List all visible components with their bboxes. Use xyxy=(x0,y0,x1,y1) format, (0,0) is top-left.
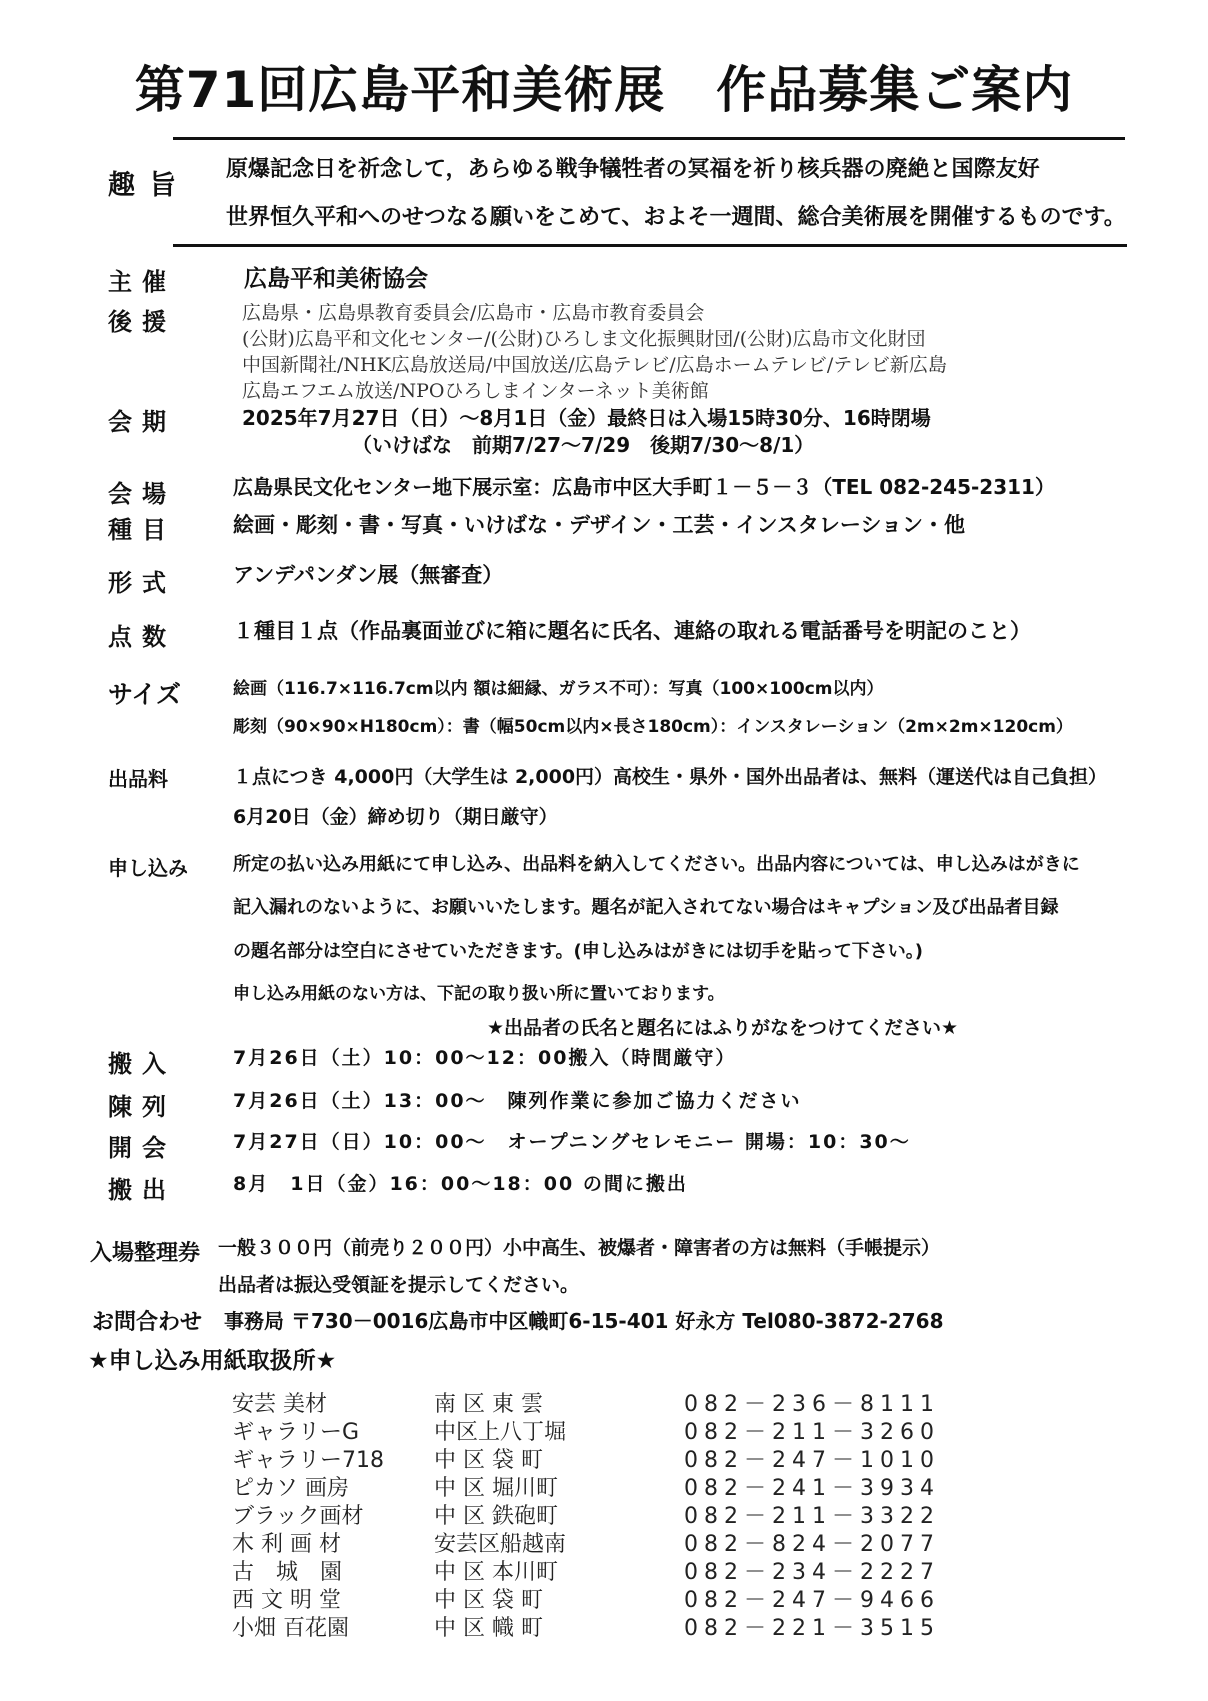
schedule-value-opening: 7月27日（日）10：00～ オープニングセレモニー 開場：10：30～ xyxy=(233,1127,911,1154)
application-label: 申し込み xyxy=(108,852,188,881)
shop-row: 安芸 美材 南 区 東 雲 082－236－8111 xyxy=(232,1387,992,1415)
shop-tel: 082－241－3934 xyxy=(684,1471,940,1502)
furigana-notice: ★出品者の氏名と題名にはふりがなをつけてください★ xyxy=(487,1013,958,1040)
shop-name: 木 利 画 材 xyxy=(232,1527,341,1558)
support-line-2: (公財)広島平和文化センター/(公財)ひろしま文化振興財団/(公財)広島市文化財… xyxy=(242,324,926,351)
schedule-value-pickup: 8月 1日（金）16：00～18：00 の間に搬出 xyxy=(233,1169,688,1196)
shop-row: 木 利 画 材 安芸区船越南 082－824－2077 xyxy=(232,1527,992,1555)
divider-bottom xyxy=(173,244,1127,247)
shop-name: 小畑 百花園 xyxy=(232,1611,349,1642)
period-line-2: （いけばな 前期7/27～7/29 後期7/30～8/1） xyxy=(352,429,814,458)
shop-row: ブラック画材 中 区 鉄砲町 082－211－3322 xyxy=(232,1499,992,1527)
shop-area: 南 区 東 雲 xyxy=(434,1387,543,1418)
divider-top xyxy=(173,137,1125,140)
admission-label: 入場整理券 xyxy=(90,1236,200,1267)
size-line-1: 絵画（116.7×116.7cm以内 額は細縁、ガラス不可）：写真（100×10… xyxy=(233,674,884,699)
schedule-label-delivery: 搬入 xyxy=(108,1044,176,1079)
categories-value: 絵画・彫刻・書・写真・いけばな・デザイン・工芸・インスタレーション・他 xyxy=(233,509,965,539)
shop-name: ギャラリー718 xyxy=(232,1443,384,1474)
shop-area: 中 区 袋 町 xyxy=(434,1583,543,1614)
period-line-1: 2025年7月27日（日）～8月1日（金）最終日は入場15時30分、16時閉場 xyxy=(242,402,931,431)
shop-name: ピカソ 画房 xyxy=(232,1471,349,1502)
organizer-value: 広島平和美術協会 xyxy=(244,260,428,293)
shop-area: 中 区 鉄砲町 xyxy=(434,1499,558,1530)
shop-row: 小畑 百花園 中 区 幟 町 082－221－3515 xyxy=(232,1611,992,1639)
shop-tel: 082－234－2227 xyxy=(684,1555,940,1586)
support-line-1: 広島県・広島県教育委員会/広島市・広島市教育委員会 xyxy=(242,298,704,325)
shop-area: 安芸区船越南 xyxy=(434,1527,566,1558)
contact-value: 事務局 〒730－0016広島市中区幟町6-15-401 好永方 Tel080-… xyxy=(224,1305,943,1334)
shop-tel: 082－824－2077 xyxy=(684,1527,940,1558)
size-line-2: 彫刻（90×90×H180cm）：書（幅50cm以内×長さ180cm）：インスタ… xyxy=(233,712,1073,737)
shop-name: 西 文 明 堂 xyxy=(232,1583,341,1614)
page-title: 第71回広島平和美術展 作品募集ご案内 xyxy=(0,50,1208,122)
shop-area: 中区上八丁堀 xyxy=(434,1415,566,1446)
venue-label: 会場 xyxy=(108,474,176,509)
purpose-label: 趣旨 xyxy=(108,163,190,202)
shop-row: ギャラリー718 中 区 袋 町 082－247－1010 xyxy=(232,1443,992,1471)
admission-line-1: 一般３００円（前売り２００円）小中高生、被爆者・障害者の方は無料（手帳提示） xyxy=(218,1233,940,1260)
shop-row: 古 城 園 中 区 本川町 082－234－2227 xyxy=(232,1555,992,1583)
format-label: 形式 xyxy=(108,563,176,598)
shop-area: 中 区 袋 町 xyxy=(434,1443,543,1474)
purpose-line-2: 世界恒久平和へのせつなる願いをこめて、およそ一週間、総合美術展を開催するものです… xyxy=(226,200,1126,231)
shop-row: ギャラリーG 中区上八丁堀 082－211－3260 xyxy=(232,1415,992,1443)
shop-tel: 082－247－9466 xyxy=(684,1583,940,1614)
venue-value: 広島県民文化センター地下展示室：広島市中区大手町１－５－３（TEL 082-24… xyxy=(233,471,1055,500)
support-line-4: 広島エフエム放送/NPOひろしまインターネット美術館 xyxy=(242,376,709,403)
support-label: 後援 xyxy=(108,302,176,337)
shop-name: ギャラリーG xyxy=(232,1415,359,1446)
application-line-2: 記入漏れのないように、お願いいたします。題名が記入されてない場合はキャプション及… xyxy=(233,893,1058,919)
schedule-value-display: 7月26日（土）13：00～ 陳列作業に参加ご協力ください xyxy=(233,1086,802,1113)
size-label: サイズ xyxy=(108,675,181,711)
period-label: 会期 xyxy=(108,402,176,437)
count-label: 点数 xyxy=(108,617,176,652)
shop-area: 中 区 幟 町 xyxy=(434,1611,543,1642)
fee-label: 出品料 xyxy=(108,763,168,792)
shop-area: 中 区 堀川町 xyxy=(434,1471,558,1502)
schedule-value-delivery: 7月26日（土）10：00～12：00搬入（時間厳守） xyxy=(233,1043,736,1070)
application-line-1: 所定の払い込み用紙にて申し込み、出品料を納入してください。出品内容については、申… xyxy=(233,850,1080,876)
shop-row: ピカソ 画房 中 区 堀川町 082－241－3934 xyxy=(232,1471,992,1499)
shop-tel: 082－211－3260 xyxy=(684,1415,940,1446)
purpose-line-1: 原爆記念日を祈念して，あらゆる戦争犠牲者の冥福を祈り核兵器の廃絶と国際友好 xyxy=(226,152,1040,183)
contact-label: お問合わせ xyxy=(92,1305,202,1336)
schedule-label-display: 陳列 xyxy=(108,1087,176,1122)
shop-area: 中 区 本川町 xyxy=(434,1555,558,1586)
admission-line-2: 出品者は振込受領証を提示してください。 xyxy=(218,1270,579,1297)
shop-name: 安芸 美材 xyxy=(232,1387,327,1418)
schedule-label-opening: 開会 xyxy=(108,1128,176,1163)
application-line-3: の題名部分は空白にさせていただきます。(申し込みはがきには切手を貼って下さい。) xyxy=(233,937,923,963)
fee-line-1: １点につき 4,000円（大学生は 2,000円）高校生・県外・国外出品者は、無… xyxy=(233,762,1107,789)
format-value: アンデパンダン展（無審査） xyxy=(233,559,503,589)
count-value: １種目１点（作品裏面並びに箱に題名に氏名、連絡の取れる電話番号を明記のこと） xyxy=(233,615,1031,645)
application-line-4: 申し込み用紙のない方は、下記の取り扱い所に置いております。 xyxy=(233,979,725,1004)
organizer-label: 主催 xyxy=(108,262,176,297)
shop-tel: 082－236－8111 xyxy=(684,1387,940,1418)
shop-name: 古 城 園 xyxy=(232,1555,342,1586)
shop-name: ブラック画材 xyxy=(232,1499,364,1530)
fee-line-2: 6月20日（金）締め切り（期日厳守） xyxy=(233,802,558,829)
schedule-label-pickup: 搬出 xyxy=(108,1170,176,1205)
shop-tel: 082－211－3322 xyxy=(684,1499,940,1530)
categories-label: 種目 xyxy=(108,510,176,545)
support-line-3: 中国新聞社/NHK広島放送局/中国放送/広島テレビ/広島ホームテレビ/テレビ新広… xyxy=(242,350,947,377)
shop-tel: 082－221－3515 xyxy=(684,1611,940,1642)
shops-heading: ★申し込み用紙取扱所★ xyxy=(88,1342,336,1375)
shop-tel: 082－247－1010 xyxy=(684,1443,940,1474)
shop-row: 西 文 明 堂 中 区 袋 町 082－247－9466 xyxy=(232,1583,992,1611)
